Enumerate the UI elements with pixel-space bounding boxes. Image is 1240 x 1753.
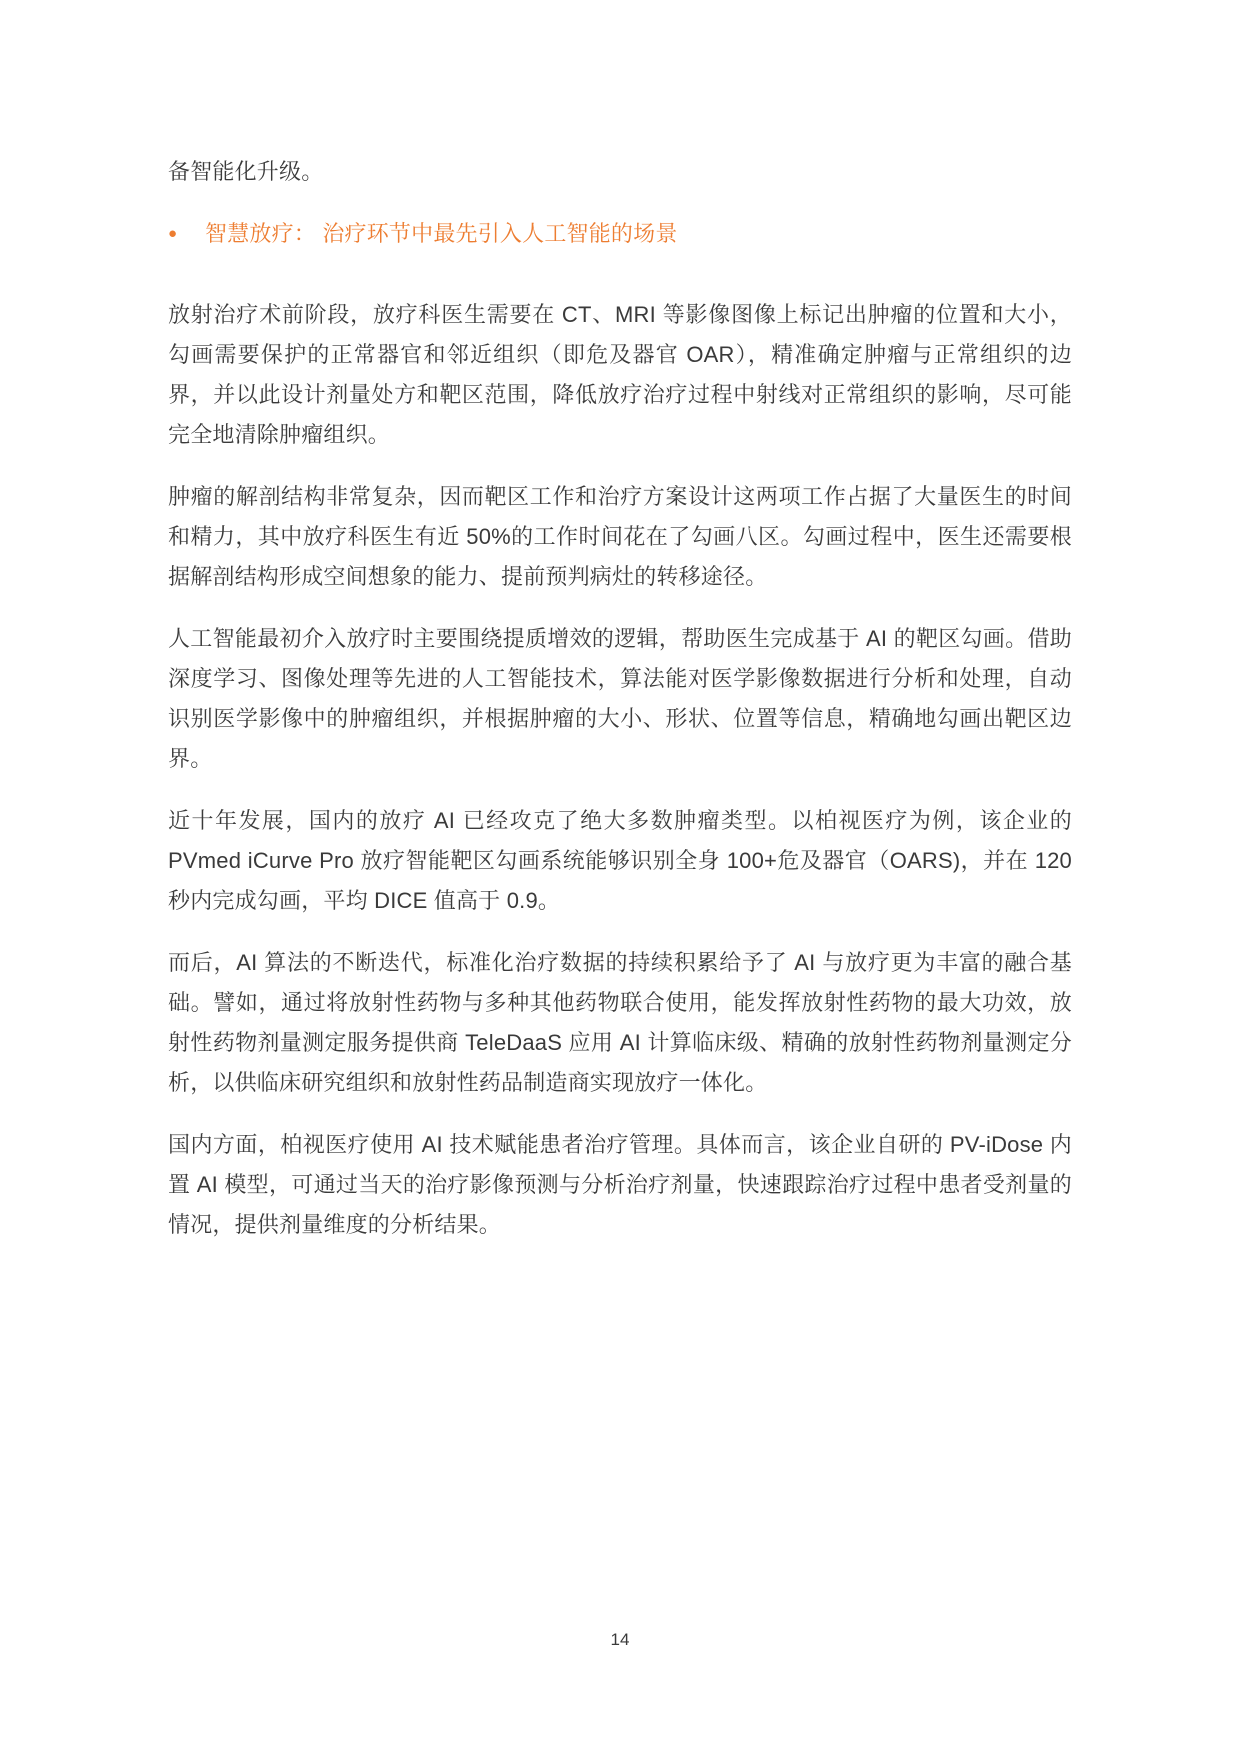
body-paragraph: 国内方面，柏视医疗使用 AI 技术赋能患者治疗管理。具体而言，该企业自研的 PV… [168,1125,1072,1245]
document-page: 备智能化升级。 ● 智慧放疗： 治疗环节中最先引入人工智能的场景 放射治疗术前阶… [0,0,1240,1753]
bullet-icon: ● [168,214,205,254]
body-paragraph: 人工智能最初介入放疗时主要围绕提质增效的逻辑，帮助医生完成基于 AI 的靶区勾画… [168,619,1072,779]
body-paragraph: 肿瘤的解剖结构非常复杂，因而靶区工作和治疗方案设计这两项工作占据了大量医生的时间… [168,477,1072,597]
page-number: 14 [611,1630,630,1649]
body-paragraph: 近十年发展，国内的放疗 AI 已经攻克了绝大多数肿瘤类型。以柏视医疗为例，该企业… [168,801,1072,921]
section-heading: ● 智慧放疗： 治疗环节中最先引入人工智能的场景 [168,214,1072,254]
page-footer: 14 [0,1628,1240,1652]
body-paragraph: 放射治疗术前阶段，放疗科医生需要在 CT、MRI 等影像图像上标记出肿瘤的位置和… [168,295,1072,455]
body-paragraph: 而后，AI 算法的不断迭代，标准化治疗数据的持续积累给予了 AI 与放疗更为丰富… [168,943,1072,1103]
section-heading-label: 智慧放疗： 治疗环节中最先引入人工智能的场景 [205,214,678,254]
intro-paragraph: 备智能化升级。 [168,152,1072,192]
